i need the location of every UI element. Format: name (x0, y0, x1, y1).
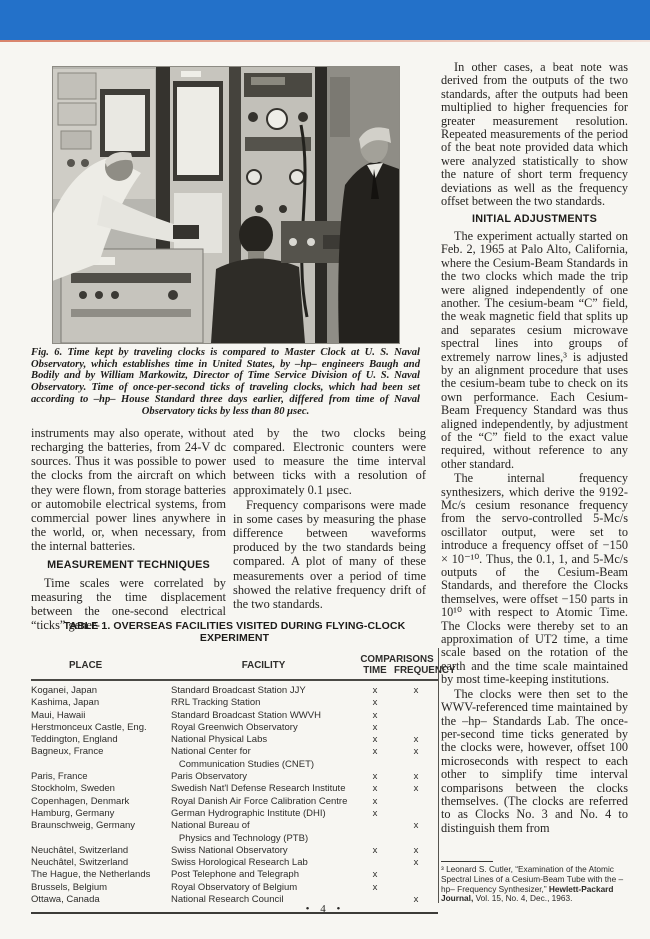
cell-freq: x (394, 746, 438, 771)
table-row: Teddington, EnglandNational Physical Lab… (31, 734, 438, 746)
cell-freq: x (394, 857, 438, 869)
table-row: Braunschweig, GermanyNational Bureau of … (31, 820, 438, 845)
table-row: Paris, FranceParis Observatoryxx (31, 771, 438, 783)
cell-place: Neuchâtel, Switzerland (31, 845, 171, 857)
cell-freq: x (394, 771, 438, 783)
column-header-place: PLACE (31, 660, 171, 671)
table-row: Herstmonceux Castle, Eng.Royal Greenwich… (31, 722, 438, 734)
figure-caption: Fig. 6. Time kept by traveling clocks is… (31, 347, 420, 417)
column-left: instruments may also operate, without re… (31, 426, 226, 632)
table-row: Brussels, BelgiumRoyal Observatory of Be… (31, 882, 438, 894)
header-bar (0, 0, 650, 40)
body-paragraph: The internal frequency synthesizers, whi… (441, 472, 628, 687)
cell-facility: Swiss National Observatory (171, 845, 356, 857)
cell-place: Copenhagen, Denmark (31, 796, 171, 808)
body-paragraph: ated by the two clocks being compared. E… (233, 426, 426, 497)
table-row: Copenhagen, DenmarkRoyal Danish Air Forc… (31, 796, 438, 808)
cell-freq: x (394, 845, 438, 857)
cell-facility: Swedish Nat'l Defense Research Institute (171, 783, 356, 795)
table-row: Neuchâtel, SwitzerlandSwiss Horological … (31, 857, 438, 869)
footnote-rule (441, 861, 493, 862)
cell-facility: RRL Tracking Station (171, 697, 356, 709)
cell-freq (394, 697, 438, 709)
cell-time: x (356, 722, 394, 734)
cell-place: Paris, France (31, 771, 171, 783)
body-paragraph: In other cases, a beat note was derived … (441, 61, 628, 208)
cell-time: x (356, 808, 394, 820)
table-body: Koganei, JapanStandard Broadcast Station… (31, 681, 438, 914)
table-row: Kashima, JapanRRL Tracking Stationx (31, 697, 438, 709)
cell-time: x (356, 697, 394, 709)
table-row: Stockholm, SwedenSwedish Nat'l Defense R… (31, 783, 438, 795)
column-right: In other cases, a beat note was derived … (441, 61, 628, 835)
cell-time: x (356, 746, 394, 771)
cell-time: x (356, 796, 394, 808)
column-header-facility: FACILITY (171, 660, 356, 671)
table-row: Maui, HawaiiStandard Broadcast Station W… (31, 710, 438, 722)
cell-place: Maui, Hawaii (31, 710, 171, 722)
cell-place: Koganei, Japan (31, 685, 171, 697)
page-number: • 4 • (0, 903, 650, 915)
figure-photo (53, 67, 399, 343)
column-header-time: TIME (356, 665, 394, 676)
cell-facility: Standard Broadcast Station WWVH (171, 710, 356, 722)
cell-facility: Royal Danish Air Force Calibration Centr… (171, 796, 356, 808)
cell-time: x (356, 771, 394, 783)
cell-facility: Royal Observatory of Belgium (171, 882, 356, 894)
cell-facility: Standard Broadcast Station JJY (171, 685, 356, 697)
cell-facility: German Hydrographic Institute (DHI) (171, 808, 356, 820)
cell-place: Neuchâtel, Switzerland (31, 857, 171, 869)
cell-place: Bagneux, France (31, 746, 171, 771)
table-1: TABLE 1. OVERSEAS FACILITIES VISITED DUR… (31, 620, 438, 914)
cell-place: Teddington, England (31, 734, 171, 746)
cell-place: Brussels, Belgium (31, 882, 171, 894)
table-row: The Hague, the NetherlandsPost Telephone… (31, 869, 438, 881)
header-bar-underline (0, 40, 650, 42)
section-heading-initial-adjustments: INITIAL ADJUSTMENTS (441, 213, 628, 226)
cell-facility: National Center for Communication Studie… (171, 746, 356, 771)
cell-freq (394, 869, 438, 881)
photo-equipment-racks-illustration (53, 67, 399, 343)
column-header-comparisons: COMPARISONS (356, 654, 438, 665)
cell-facility: Post Telephone and Telegraph (171, 869, 356, 881)
cell-freq (394, 882, 438, 894)
cell-facility: Paris Observatory (171, 771, 356, 783)
body-paragraph: The clocks were then set to the WWV-refe… (441, 688, 628, 835)
cell-time: x (356, 685, 394, 697)
cell-facility: Royal Greenwich Observatory (171, 722, 356, 734)
table-row: Bagneux, FranceNational Center for Commu… (31, 746, 438, 771)
cell-time: x (356, 869, 394, 881)
cell-time: x (356, 882, 394, 894)
body-paragraph: The experiment actually started on Feb. … (441, 230, 628, 471)
cell-freq (394, 710, 438, 722)
footnote: ³ Leonard S. Cutler, “Examination of the… (441, 861, 628, 904)
table-title: TABLE 1. OVERSEAS FACILITIES VISITED DUR… (31, 620, 438, 644)
cell-freq: x (394, 820, 438, 845)
footnote-citation-tail: Vol. 15, No. 4, Dec., 1963. (473, 893, 572, 903)
column-divider-rule (438, 648, 439, 903)
body-paragraph: Frequency comparisons were made in some … (233, 498, 426, 611)
cell-facility: National Bureau of Physics and Technolog… (171, 820, 356, 845)
section-heading-measurement-techniques: MEASUREMENT TECHNIQUES (31, 558, 226, 572)
cell-facility: National Physical Labs (171, 734, 356, 746)
column-middle: ated by the two clocks being compared. E… (233, 426, 426, 611)
table-row: Hamburg, GermanyGerman Hydrographic Inst… (31, 808, 438, 820)
cell-place: The Hague, the Netherlands (31, 869, 171, 881)
cell-freq: x (394, 685, 438, 697)
cell-freq (394, 796, 438, 808)
cell-time: x (356, 783, 394, 795)
body-paragraph: instruments may also operate, without re… (31, 426, 226, 553)
journal-page: Fig. 6. Time kept by traveling clocks is… (0, 0, 650, 939)
cell-place: Herstmonceux Castle, Eng. (31, 722, 171, 734)
cell-time: x (356, 845, 394, 857)
cell-time (356, 857, 394, 869)
table-header: PLACE FACILITY COMPARISONS TIME FREQUENC… (31, 654, 438, 681)
cell-place: Hamburg, Germany (31, 808, 171, 820)
cell-freq: x (394, 783, 438, 795)
cell-freq: x (394, 734, 438, 746)
cell-time (356, 820, 394, 845)
column-header-frequency: FREQUENCY (394, 665, 438, 676)
cell-place: Braunschweig, Germany (31, 820, 171, 845)
cell-facility: Swiss Horological Research Lab (171, 857, 356, 869)
cell-freq (394, 722, 438, 734)
cell-freq (394, 808, 438, 820)
cell-place: Stockholm, Sweden (31, 783, 171, 795)
table-row: Koganei, JapanStandard Broadcast Station… (31, 685, 438, 697)
cell-time: x (356, 710, 394, 722)
cell-place: Kashima, Japan (31, 697, 171, 709)
cell-time: x (356, 734, 394, 746)
table-row: Neuchâtel, SwitzerlandSwiss National Obs… (31, 845, 438, 857)
